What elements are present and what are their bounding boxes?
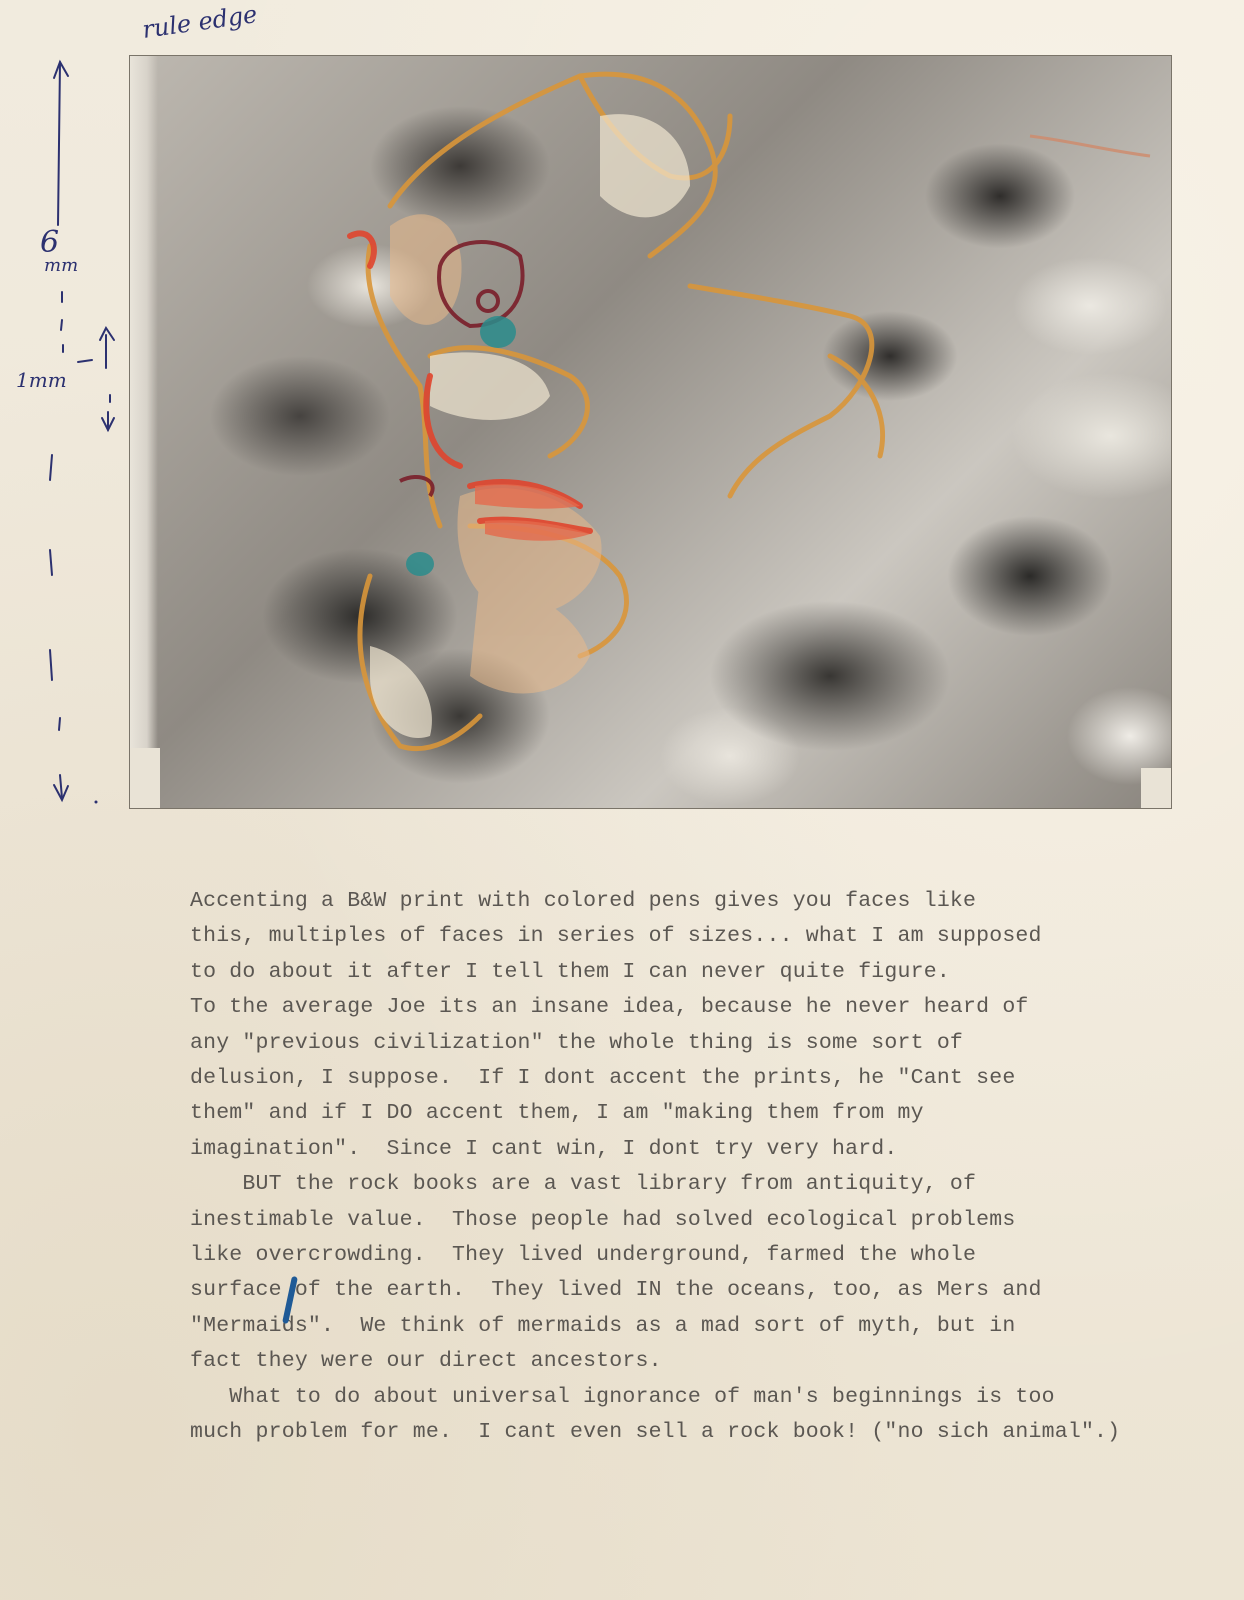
colored-pen-face-accent [130,56,1171,808]
text-line: What to do about universal ignorance of … [190,1380,1180,1415]
text-line: like overcrowding. They lived undergroun… [190,1238,1180,1273]
text-line: delusion, I suppose. If I dont accent th… [190,1061,1180,1096]
typed-body-text: Accenting a B&W print with colored pens … [190,884,1180,1451]
text-line: imagination". Since I cant win, I dont t… [190,1132,1180,1167]
rock-photo-print [129,55,1172,809]
text-line: BUT the rock books are a vast library fr… [190,1167,1180,1202]
text-line: "Mermaids". We think of mermaids as a ma… [190,1309,1180,1344]
text-line: to do about it after I tell them I can n… [190,955,1180,990]
handwritten-1mm: 1mm [16,368,67,392]
text-line: surface of the earth. They lived IN the … [190,1273,1180,1308]
text-line: fact they were our direct ancestors. [190,1344,1180,1379]
handwritten-top-note: rule edge [141,0,259,44]
handwritten-mm-unit: mm [44,255,78,276]
text-line: To the average Joe its an insane idea, b… [190,990,1180,1025]
document-page: rule edge 6 mm 1mm [0,0,1244,1600]
text-line: them" and if I DO accent them, I am "mak… [190,1096,1180,1131]
text-line: inestimable value. Those people had solv… [190,1203,1180,1238]
text-line: much problem for me. I cant even sell a … [190,1415,1180,1450]
text-line: any "previous civilization" the whole th… [190,1026,1180,1061]
scale-annotation-lines [0,0,140,820]
text-line: Accenting a B&W print with colored pens … [190,884,1180,919]
text-line: this, multiples of faces in series of si… [190,919,1180,954]
